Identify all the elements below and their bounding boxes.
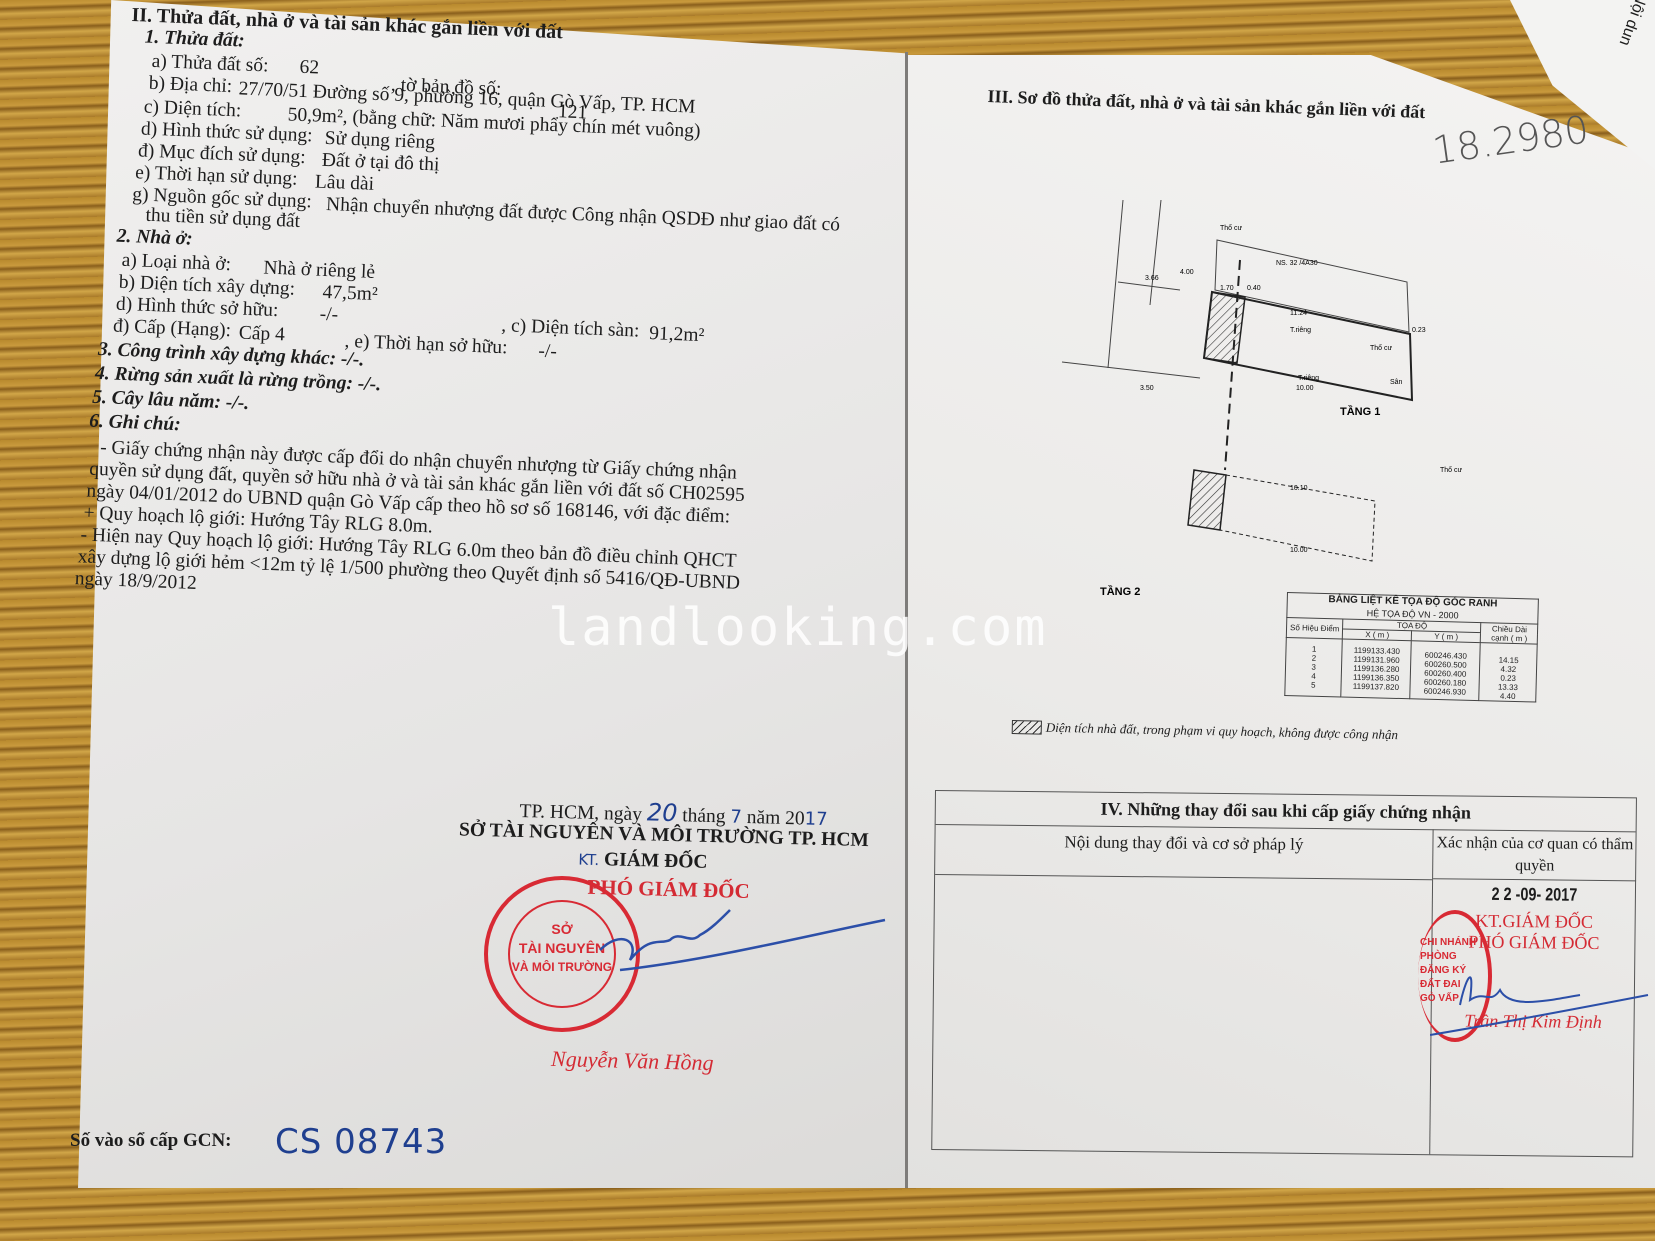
neighbor-label: Thổ cư xyxy=(1220,224,1243,232)
neighbor-label: Thổ cư xyxy=(1370,344,1393,352)
coordinate-table: BẢNG LIỆT KÊ TỌA ĐỘ GÓC RANHHỆ TỌA ĐỘ VN… xyxy=(1284,592,1539,703)
dim-label: 11.24 xyxy=(1290,310,1307,317)
address-label: b) Địa chỉ: xyxy=(148,73,232,98)
overlapping-sheet-text: Nội dun xyxy=(1615,0,1651,48)
floor2-label: TẦNG 2 xyxy=(1100,585,1140,598)
note-line: ngày 18/9/2012 xyxy=(74,568,197,595)
col-length: Chiều Dài cạnh ( m ) xyxy=(1481,623,1539,644)
sign-year: 17 xyxy=(804,808,827,830)
own-term: -/- xyxy=(538,341,557,364)
sign-month: 7 xyxy=(730,807,742,828)
room-label: T.riêng xyxy=(1298,375,1319,382)
coord-rows: 12345 1199133.4301199131.9601199136.2801… xyxy=(1285,637,1538,702)
neighbor-label: Thổ cư xyxy=(1440,466,1463,474)
floor1-label: TẦNG 1 xyxy=(1340,405,1380,418)
neighbor-parcel-label: NS. 32 /4A30 xyxy=(1276,260,1318,267)
grade: Cấp 4 xyxy=(238,323,285,347)
col-point: Số Hiệu Điểm xyxy=(1286,618,1343,639)
year-label: năm 20 xyxy=(746,807,804,830)
registry-number: CS 08743 xyxy=(275,1122,447,1162)
changes-col-confirm: Xác nhận của cơ quan có thẩm quyền xyxy=(1433,829,1637,881)
dim-label: 10.00 xyxy=(1296,385,1314,392)
dim-label: 1.70 xyxy=(1220,285,1234,292)
dim-label: 3.50 xyxy=(1140,385,1154,392)
signer-name: Nguyễn Văn Hồng xyxy=(551,1046,714,1076)
notes-heading: 6. Ghi chú: xyxy=(89,411,181,437)
signature-left xyxy=(560,900,890,1000)
land-heading: 1. Thửa đất: xyxy=(144,27,245,53)
room-label: T.riêng xyxy=(1290,327,1311,334)
built-area: 47,5m² xyxy=(322,282,378,306)
term: Lâu dài xyxy=(315,171,375,195)
dim-label: 0.23 xyxy=(1412,327,1426,334)
dim-label: 0.40 xyxy=(1247,285,1261,292)
changes-col-content: Nội dung thay đổi và cơ sở pháp lý xyxy=(935,824,1433,880)
signature-right xyxy=(1430,950,1650,1040)
dim-label: 10.00 xyxy=(1290,547,1308,554)
sign-day: 20 xyxy=(647,798,678,827)
registry-label: Số vào sổ cấp GCN: xyxy=(70,1130,232,1152)
site-plan-diagram: NS. 32 /4A30 Thổ cư Thổ cư Thổ cư Thổ cư… xyxy=(1040,150,1480,610)
director-title: GIÁM ĐỐC xyxy=(604,849,708,873)
month-label: tháng xyxy=(682,805,726,827)
dim-label: 10.10 xyxy=(1290,485,1308,492)
house-heading: 2. Nhà ở: xyxy=(116,226,193,251)
dim-label: 4.00 xyxy=(1180,269,1194,276)
dim-label: 3.66 xyxy=(1145,275,1159,282)
ownership: -/- xyxy=(319,304,338,327)
kt-mark: KT. xyxy=(578,851,599,870)
hatch-swatch-icon xyxy=(1012,720,1042,735)
grade-label: đ) Cấp (Hạng): xyxy=(113,316,232,343)
room-label: Sân xyxy=(1390,379,1403,386)
plot-no: 62 xyxy=(299,57,319,80)
floor-area: 91,2m² xyxy=(649,323,705,347)
watermark: landlooking.com xyxy=(548,598,1048,658)
confirm-date: 2 2 -09- 2017 xyxy=(1453,883,1616,906)
